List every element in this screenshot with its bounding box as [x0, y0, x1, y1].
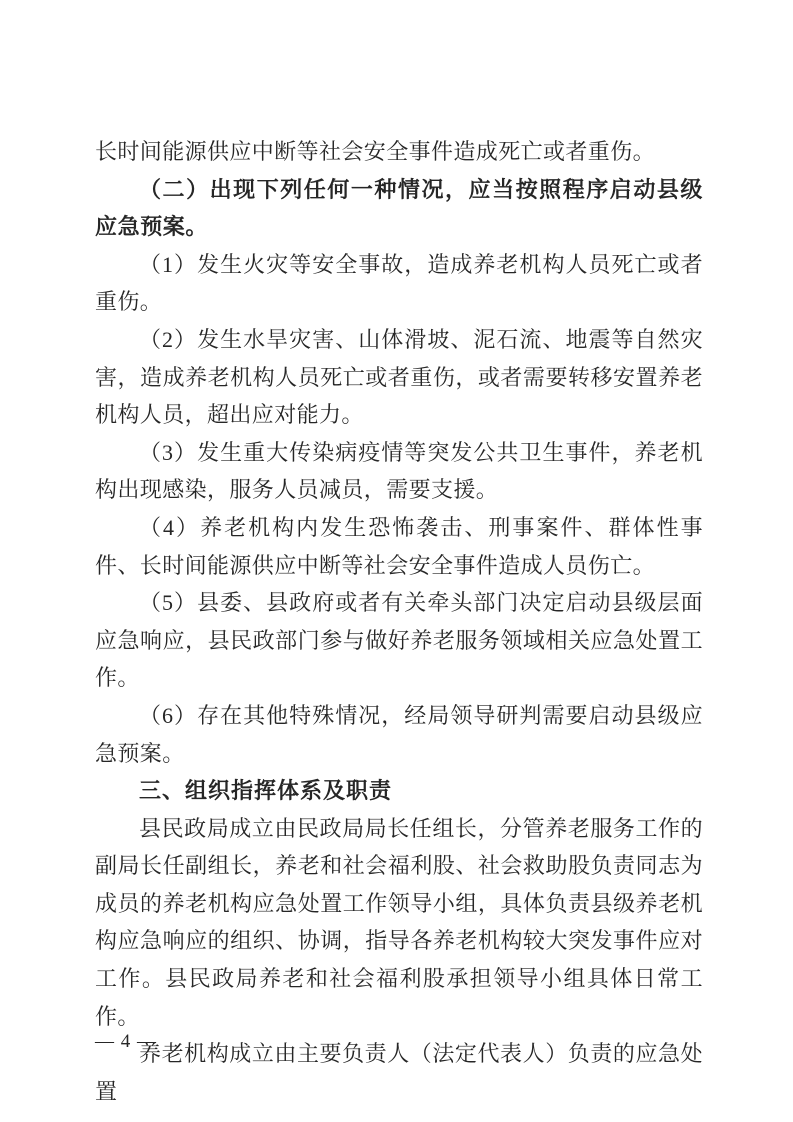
paragraph-org-institution: 养老机构成立由主要负责人（法定代表人）负责的应急处置: [95, 1035, 703, 1110]
document-page: 长时间能源供应中断等社会安全事件造成死亡或者重伤。 （二）出现下列任何一种情况，…: [0, 0, 793, 1122]
paragraph-continuation: 长时间能源供应中断等社会安全事件造成死亡或者重伤。: [95, 133, 703, 171]
paragraph-item-2: （2）发生水旱灾害、山体滑坡、泥石流、地震等自然灾害，造成养老机构人员死亡或者重…: [95, 321, 703, 434]
paragraph-item-3: （3）发生重大传染病疫情等突发公共卫生事件，养老机构出现感染，服务人员减员，需要…: [95, 434, 703, 509]
paragraph-org-leadership: 县民政局成立由民政局局长任组长，分管养老服务工作的副局长任副组长，养老和社会福利…: [95, 810, 703, 1036]
paragraph-item-4: （4）养老机构内发生恐怖袭击、刑事案件、群体性事件、长时间能源供应中断等社会安全…: [95, 509, 703, 584]
paragraph-clause-2-lead: （二）出现下列任何一种情况，应当按照程序启动县级应急预案。: [95, 171, 703, 246]
document-body: 长时间能源供应中断等社会安全事件造成死亡或者重伤。 （二）出现下列任何一种情况，…: [95, 133, 703, 1110]
page-number: — 4 —: [95, 1031, 157, 1053]
paragraph-item-1: （1）发生火灾等安全事故，造成养老机构人员死亡或者重伤。: [95, 246, 703, 321]
paragraph-item-5: （5）县委、县政府或者有关牵头部门决定启动县级层面应急响应，县民政部门参与做好养…: [95, 584, 703, 697]
section-3-heading: 三、组织指挥体系及职责: [95, 772, 703, 810]
paragraph-item-6: （6）存在其他特殊情况，经局领导研判需要启动县级应急预案。: [95, 697, 703, 772]
